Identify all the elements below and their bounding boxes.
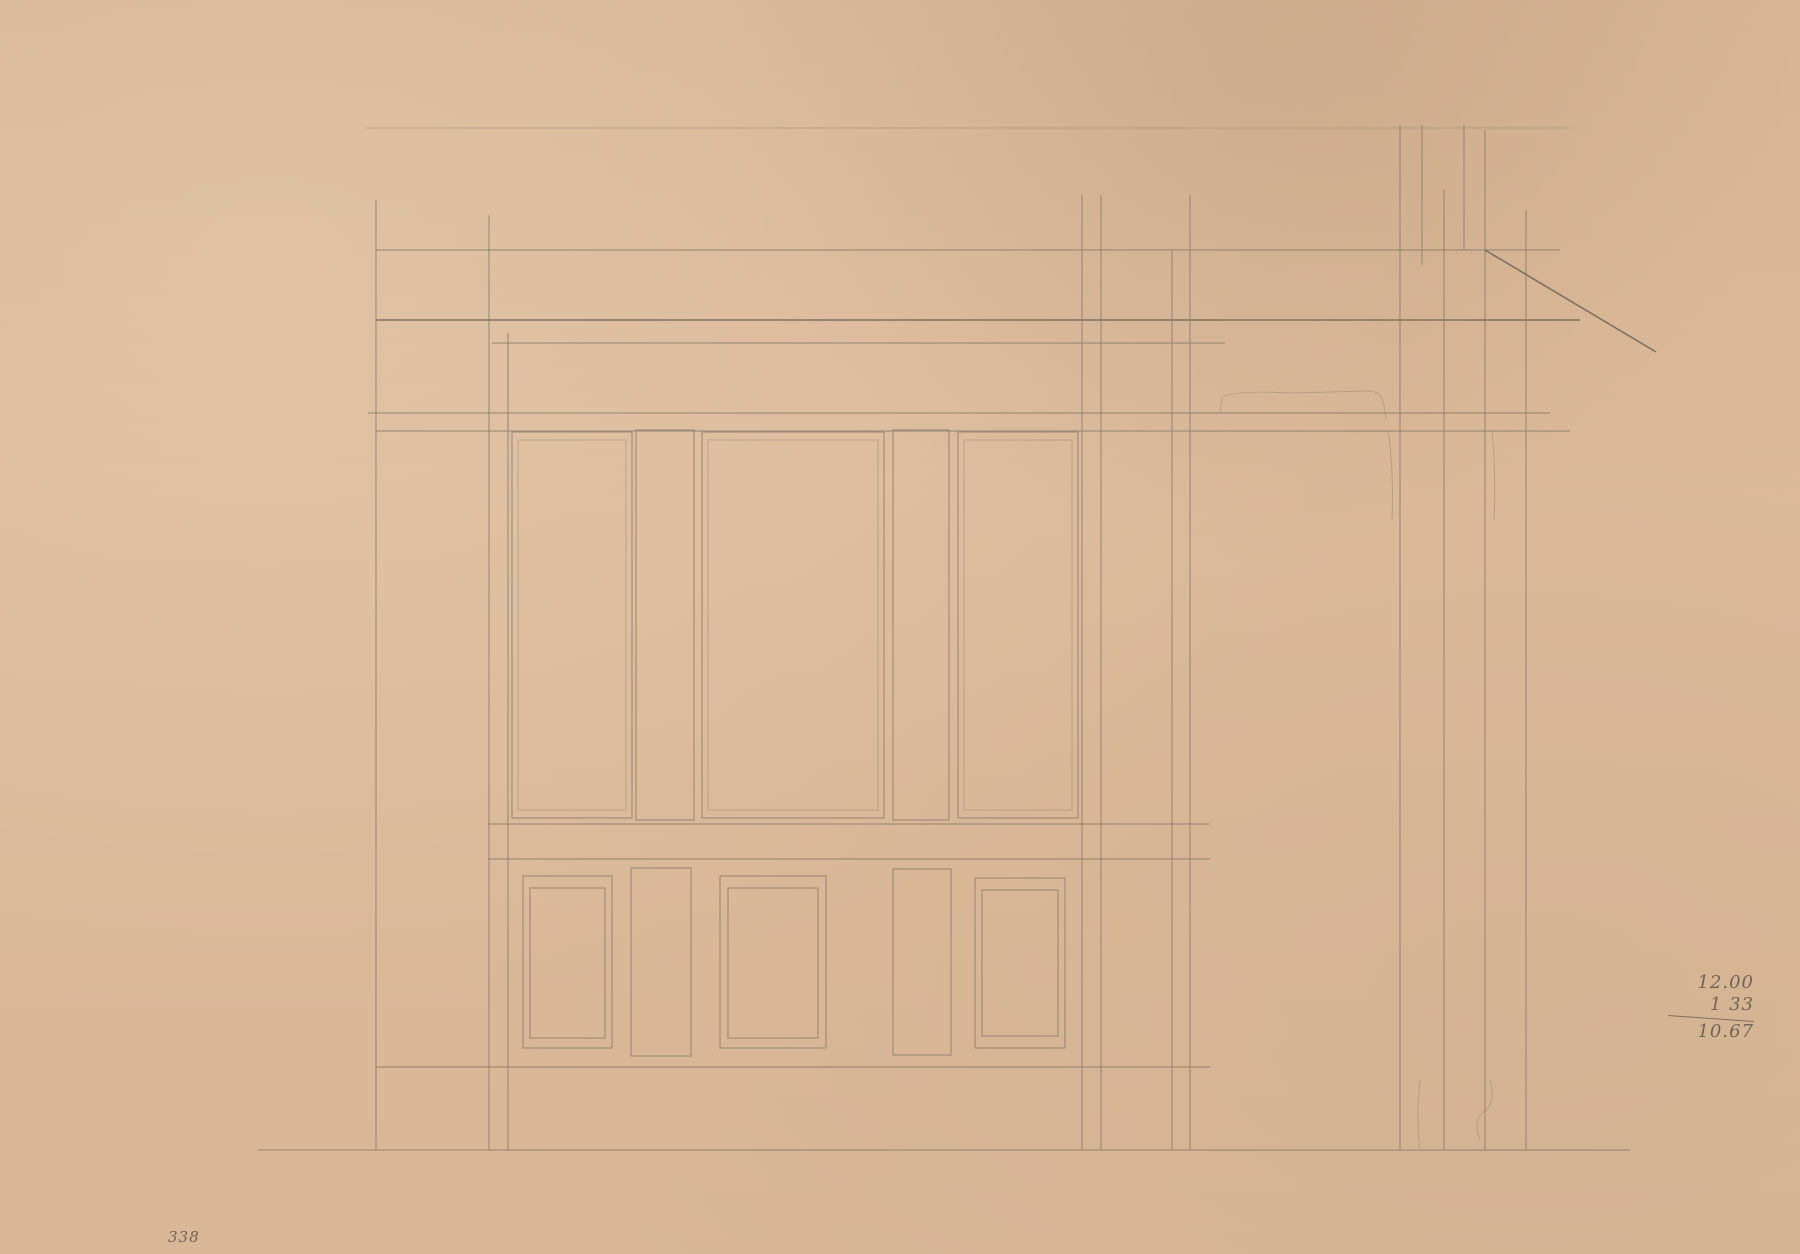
upper-panel <box>893 430 949 820</box>
diagonal-line <box>1485 250 1656 352</box>
lower-panel-row <box>523 868 1065 1056</box>
upper-panel-inset <box>518 440 626 810</box>
lower-panel <box>523 876 612 1048</box>
drawing-sheet: 12.00 1 33 10.67 338 <box>0 0 1800 1254</box>
calc-line-2: 1 33 <box>1668 994 1754 1016</box>
lower-panel <box>975 878 1065 1048</box>
upper-panel <box>636 430 694 820</box>
corbel-sketch <box>1388 430 1495 520</box>
sheet-number: 338 <box>168 1228 200 1246</box>
dimension-calculation: 12.00 1 33 10.67 <box>1668 972 1754 1043</box>
horizontal-guide-lines <box>258 128 1630 1150</box>
base-sketch <box>1418 1080 1492 1150</box>
diagonal-line <box>1485 250 1656 352</box>
lower-panel <box>893 869 951 1055</box>
elevation-drawing <box>0 0 1800 1254</box>
upper-panel <box>512 432 632 818</box>
calc-result: 10.67 <box>1668 1021 1754 1043</box>
upper-panel <box>958 432 1078 818</box>
lower-panel-insets <box>530 888 1058 1038</box>
upper-panel <box>702 432 884 818</box>
lower-panel-inset <box>530 888 605 1038</box>
upper-panel-inset <box>708 440 878 810</box>
calc-line-1: 12.00 <box>1668 972 1754 994</box>
lower-panel <box>720 876 826 1048</box>
lower-panel-inset <box>728 888 818 1038</box>
upper-panel-insets <box>518 440 1072 810</box>
lower-panel-inset <box>982 890 1058 1036</box>
cornice-sketch <box>1220 391 1386 420</box>
upper-panel-inset <box>964 440 1072 810</box>
upper-panel-row <box>512 430 1078 820</box>
lower-panel <box>631 868 691 1056</box>
